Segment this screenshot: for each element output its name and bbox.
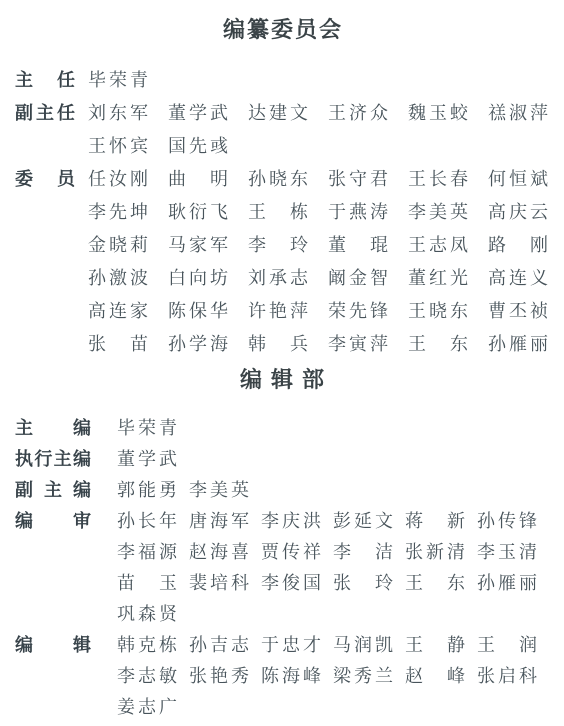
credit-row-editors-cont: 姜志广 <box>0 690 564 721</box>
person-name: 白向坊 <box>168 264 228 290</box>
role-label-executive-editor: 执行主编 <box>15 445 91 471</box>
person-name: 郭能勇 <box>117 476 177 502</box>
name-list: 姜志广 <box>117 693 177 719</box>
person-name: 路刚 <box>488 231 548 257</box>
role-label-director: 主任 <box>15 66 75 92</box>
person-name: 王东 <box>408 330 468 356</box>
person-name: 高连义 <box>488 264 548 290</box>
person-name: 李俊国 <box>261 569 321 595</box>
credit-row-director: 主任 毕荣青 <box>0 62 564 95</box>
person-name: 董红光 <box>408 264 468 290</box>
credit-row-reviewers-cont: 苗玉 裴培科 李俊国 张玲 王东 孙雁丽 <box>0 566 564 597</box>
role-label-chief-editor: 主编 <box>15 414 91 440</box>
person-name: 王志凤 <box>408 231 468 257</box>
person-name: 王长春 <box>408 165 468 191</box>
person-name: 张玲 <box>333 569 393 595</box>
name-list: 董学武 <box>117 445 177 471</box>
credit-row-members-cont: 张苗 孙学海 韩兵 李寅萍 王东 孙雁丽 <box>0 326 564 359</box>
person-name: 孙吉志 <box>189 631 249 657</box>
person-name: 李先坤 <box>88 198 148 224</box>
person-name: 姜志广 <box>117 693 177 719</box>
person-name: 曲明 <box>168 165 228 191</box>
person-name: 李美英 <box>408 198 468 224</box>
role-label-deputy-director: 副主任 <box>15 99 75 125</box>
credit-row-reviewers-cont: 巩森贤 <box>0 597 564 628</box>
person-name: 马润凯 <box>333 631 393 657</box>
person-name: 彭延文 <box>333 507 393 533</box>
person-name: 荣先锋 <box>328 297 388 323</box>
person-name: 李玉清 <box>477 538 537 564</box>
person-name: 任汝刚 <box>88 165 148 191</box>
person-name: 贾传祥 <box>261 538 321 564</box>
person-name: 王栋 <box>248 198 308 224</box>
person-name: 高连家 <box>88 297 148 323</box>
person-name: 于燕涛 <box>328 198 388 224</box>
name-list: 毕荣青 <box>88 66 148 92</box>
role-label-member: 委员 <box>15 165 75 191</box>
person-name: 张艳秀 <box>189 662 249 688</box>
person-name: 韩克栋 <box>117 631 177 657</box>
person-name: 蒋新 <box>405 507 465 533</box>
person-name: 孙传锋 <box>477 507 537 533</box>
name-list: 李福源 赵海喜 贾传祥 李洁 张新清 李玉清 <box>117 538 537 564</box>
person-name: 达建文 <box>248 99 308 125</box>
credit-row-members-cont: 高连家 陈保华 许艳萍 荣先锋 王晓东 曹丕祯 <box>0 293 564 326</box>
person-name: 国先彧 <box>168 132 228 158</box>
person-name: 李洁 <box>333 538 393 564</box>
person-name: 马家军 <box>168 231 228 257</box>
name-list: 郭能勇 李美英 <box>117 476 249 502</box>
person-name: 李福源 <box>117 538 177 564</box>
credit-row-chief-editor: 主编 毕荣青 <box>0 411 564 442</box>
person-name: 金晓莉 <box>88 231 148 257</box>
person-name: 赵海喜 <box>189 538 249 564</box>
person-name: 刘承志 <box>248 264 308 290</box>
person-name: 于忠才 <box>261 631 321 657</box>
person-name: 孙激波 <box>88 264 148 290</box>
person-name: 阚金智 <box>328 264 388 290</box>
person-name: 董学武 <box>168 99 228 125</box>
name-list: 韩克栋 孙吉志 于忠才 马润凯 王静 王润 <box>117 631 537 657</box>
name-list: 高连家 陈保华 许艳萍 荣先锋 王晓东 曹丕祯 <box>88 297 548 323</box>
name-list: 刘东军 董学武 达建文 王济众 魏玉蛟 禚淑萍 <box>88 99 548 125</box>
name-list: 李志敏 张艳秀 陈海峰 梁秀兰 赵峰 张启科 <box>117 662 537 688</box>
person-name: 裴培科 <box>189 569 249 595</box>
person-name: 孙长年 <box>117 507 177 533</box>
person-name: 李志敏 <box>117 662 177 688</box>
name-list: 毕荣青 <box>117 414 177 440</box>
person-name: 禚淑萍 <box>488 99 548 125</box>
person-name: 董学武 <box>117 445 177 471</box>
person-name: 曹丕祯 <box>488 297 548 323</box>
person-name: 毕荣青 <box>88 66 148 92</box>
person-name: 王晓东 <box>408 297 468 323</box>
editorial-title: 编辑部 <box>0 366 564 394</box>
person-name: 张苗 <box>88 330 148 356</box>
committee-title: 编纂委员会 <box>0 0 564 44</box>
person-name: 孙雁丽 <box>477 569 537 595</box>
name-list: 任汝刚 曲明 孙晓东 张守君 王长春 何恒斌 <box>88 165 548 191</box>
role-label-editor: 编辑 <box>15 631 91 657</box>
name-list: 巩森贤 <box>117 600 177 626</box>
person-name: 耿衍飞 <box>168 198 228 224</box>
credit-row-reviewers: 编审 孙长年 唐海军 李庆洪 彭延文 蒋新 孙传锋 <box>0 504 564 535</box>
credit-row-deputy-directors-cont: 王怀宾 国先彧 <box>0 128 564 161</box>
person-name: 李玲 <box>248 231 308 257</box>
person-name: 董琨 <box>328 231 388 257</box>
book-credits-page: 编纂委员会 主任 毕荣青 副主任 刘东军 董学武 达建文 王济众 魏玉蛟 禚淑萍… <box>0 0 564 726</box>
person-name: 许艳萍 <box>248 297 308 323</box>
person-name: 陈海峰 <box>261 662 321 688</box>
person-name: 王怀宾 <box>88 132 148 158</box>
person-name: 孙晓东 <box>248 165 308 191</box>
person-name: 张新清 <box>405 538 465 564</box>
person-name: 赵峰 <box>405 662 465 688</box>
person-name: 高庆云 <box>488 198 548 224</box>
person-name: 苗玉 <box>117 569 177 595</box>
person-name: 唐海军 <box>189 507 249 533</box>
person-name: 李美英 <box>189 476 249 502</box>
person-name: 梁秀兰 <box>333 662 393 688</box>
name-list: 苗玉 裴培科 李俊国 张玲 王东 孙雁丽 <box>117 569 537 595</box>
person-name: 张守君 <box>328 165 388 191</box>
person-name: 韩兵 <box>248 330 308 356</box>
person-name: 何恒斌 <box>488 165 548 191</box>
credit-row-reviewers-cont: 李福源 赵海喜 贾传祥 李洁 张新清 李玉清 <box>0 535 564 566</box>
role-label-deputy-editor: 副主编 <box>15 476 91 502</box>
name-list: 王怀宾 国先彧 <box>88 132 228 158</box>
name-list: 金晓莉 马家军 李玲 董琨 王志凤 路刚 <box>88 231 548 257</box>
credit-row-executive-editor: 执行主编 董学武 <box>0 442 564 473</box>
person-name: 王静 <box>405 631 465 657</box>
name-list: 张苗 孙学海 韩兵 李寅萍 王东 孙雁丽 <box>88 330 548 356</box>
person-name: 张启科 <box>477 662 537 688</box>
credit-row-members-cont: 孙激波 白向坊 刘承志 阚金智 董红光 高连义 <box>0 260 564 293</box>
person-name: 巩森贤 <box>117 600 177 626</box>
person-name: 刘东军 <box>88 99 148 125</box>
person-name: 李寅萍 <box>328 330 388 356</box>
credit-row-editors: 编辑 韩克栋 孙吉志 于忠才 马润凯 王静 王润 <box>0 628 564 659</box>
credit-row-members-cont: 李先坤 耿衍飞 王栋 于燕涛 李美英 高庆云 <box>0 194 564 227</box>
credit-row-members-cont: 金晓莉 马家军 李玲 董琨 王志凤 路刚 <box>0 227 564 260</box>
name-list: 孙长年 唐海军 李庆洪 彭延文 蒋新 孙传锋 <box>117 507 537 533</box>
person-name: 王济众 <box>328 99 388 125</box>
credit-row-deputy-editors: 副主编 郭能勇 李美英 <box>0 473 564 504</box>
name-list: 孙激波 白向坊 刘承志 阚金智 董红光 高连义 <box>88 264 548 290</box>
credit-row-members: 委员 任汝刚 曲明 孙晓东 张守君 王长春 何恒斌 <box>0 161 564 194</box>
person-name: 陈保华 <box>168 297 228 323</box>
credit-row-editors-cont: 李志敏 张艳秀 陈海峰 梁秀兰 赵峰 张启科 <box>0 659 564 690</box>
person-name: 孙雁丽 <box>488 330 548 356</box>
person-name: 李庆洪 <box>261 507 321 533</box>
person-name: 毕荣青 <box>117 414 177 440</box>
person-name: 王东 <box>405 569 465 595</box>
person-name: 魏玉蛟 <box>408 99 468 125</box>
name-list: 李先坤 耿衍飞 王栋 于燕涛 李美英 高庆云 <box>88 198 548 224</box>
role-label-reviewer: 编审 <box>15 507 91 533</box>
credit-row-deputy-directors: 副主任 刘东军 董学武 达建文 王济众 魏玉蛟 禚淑萍 <box>0 95 564 128</box>
person-name: 孙学海 <box>168 330 228 356</box>
person-name: 王润 <box>477 631 537 657</box>
